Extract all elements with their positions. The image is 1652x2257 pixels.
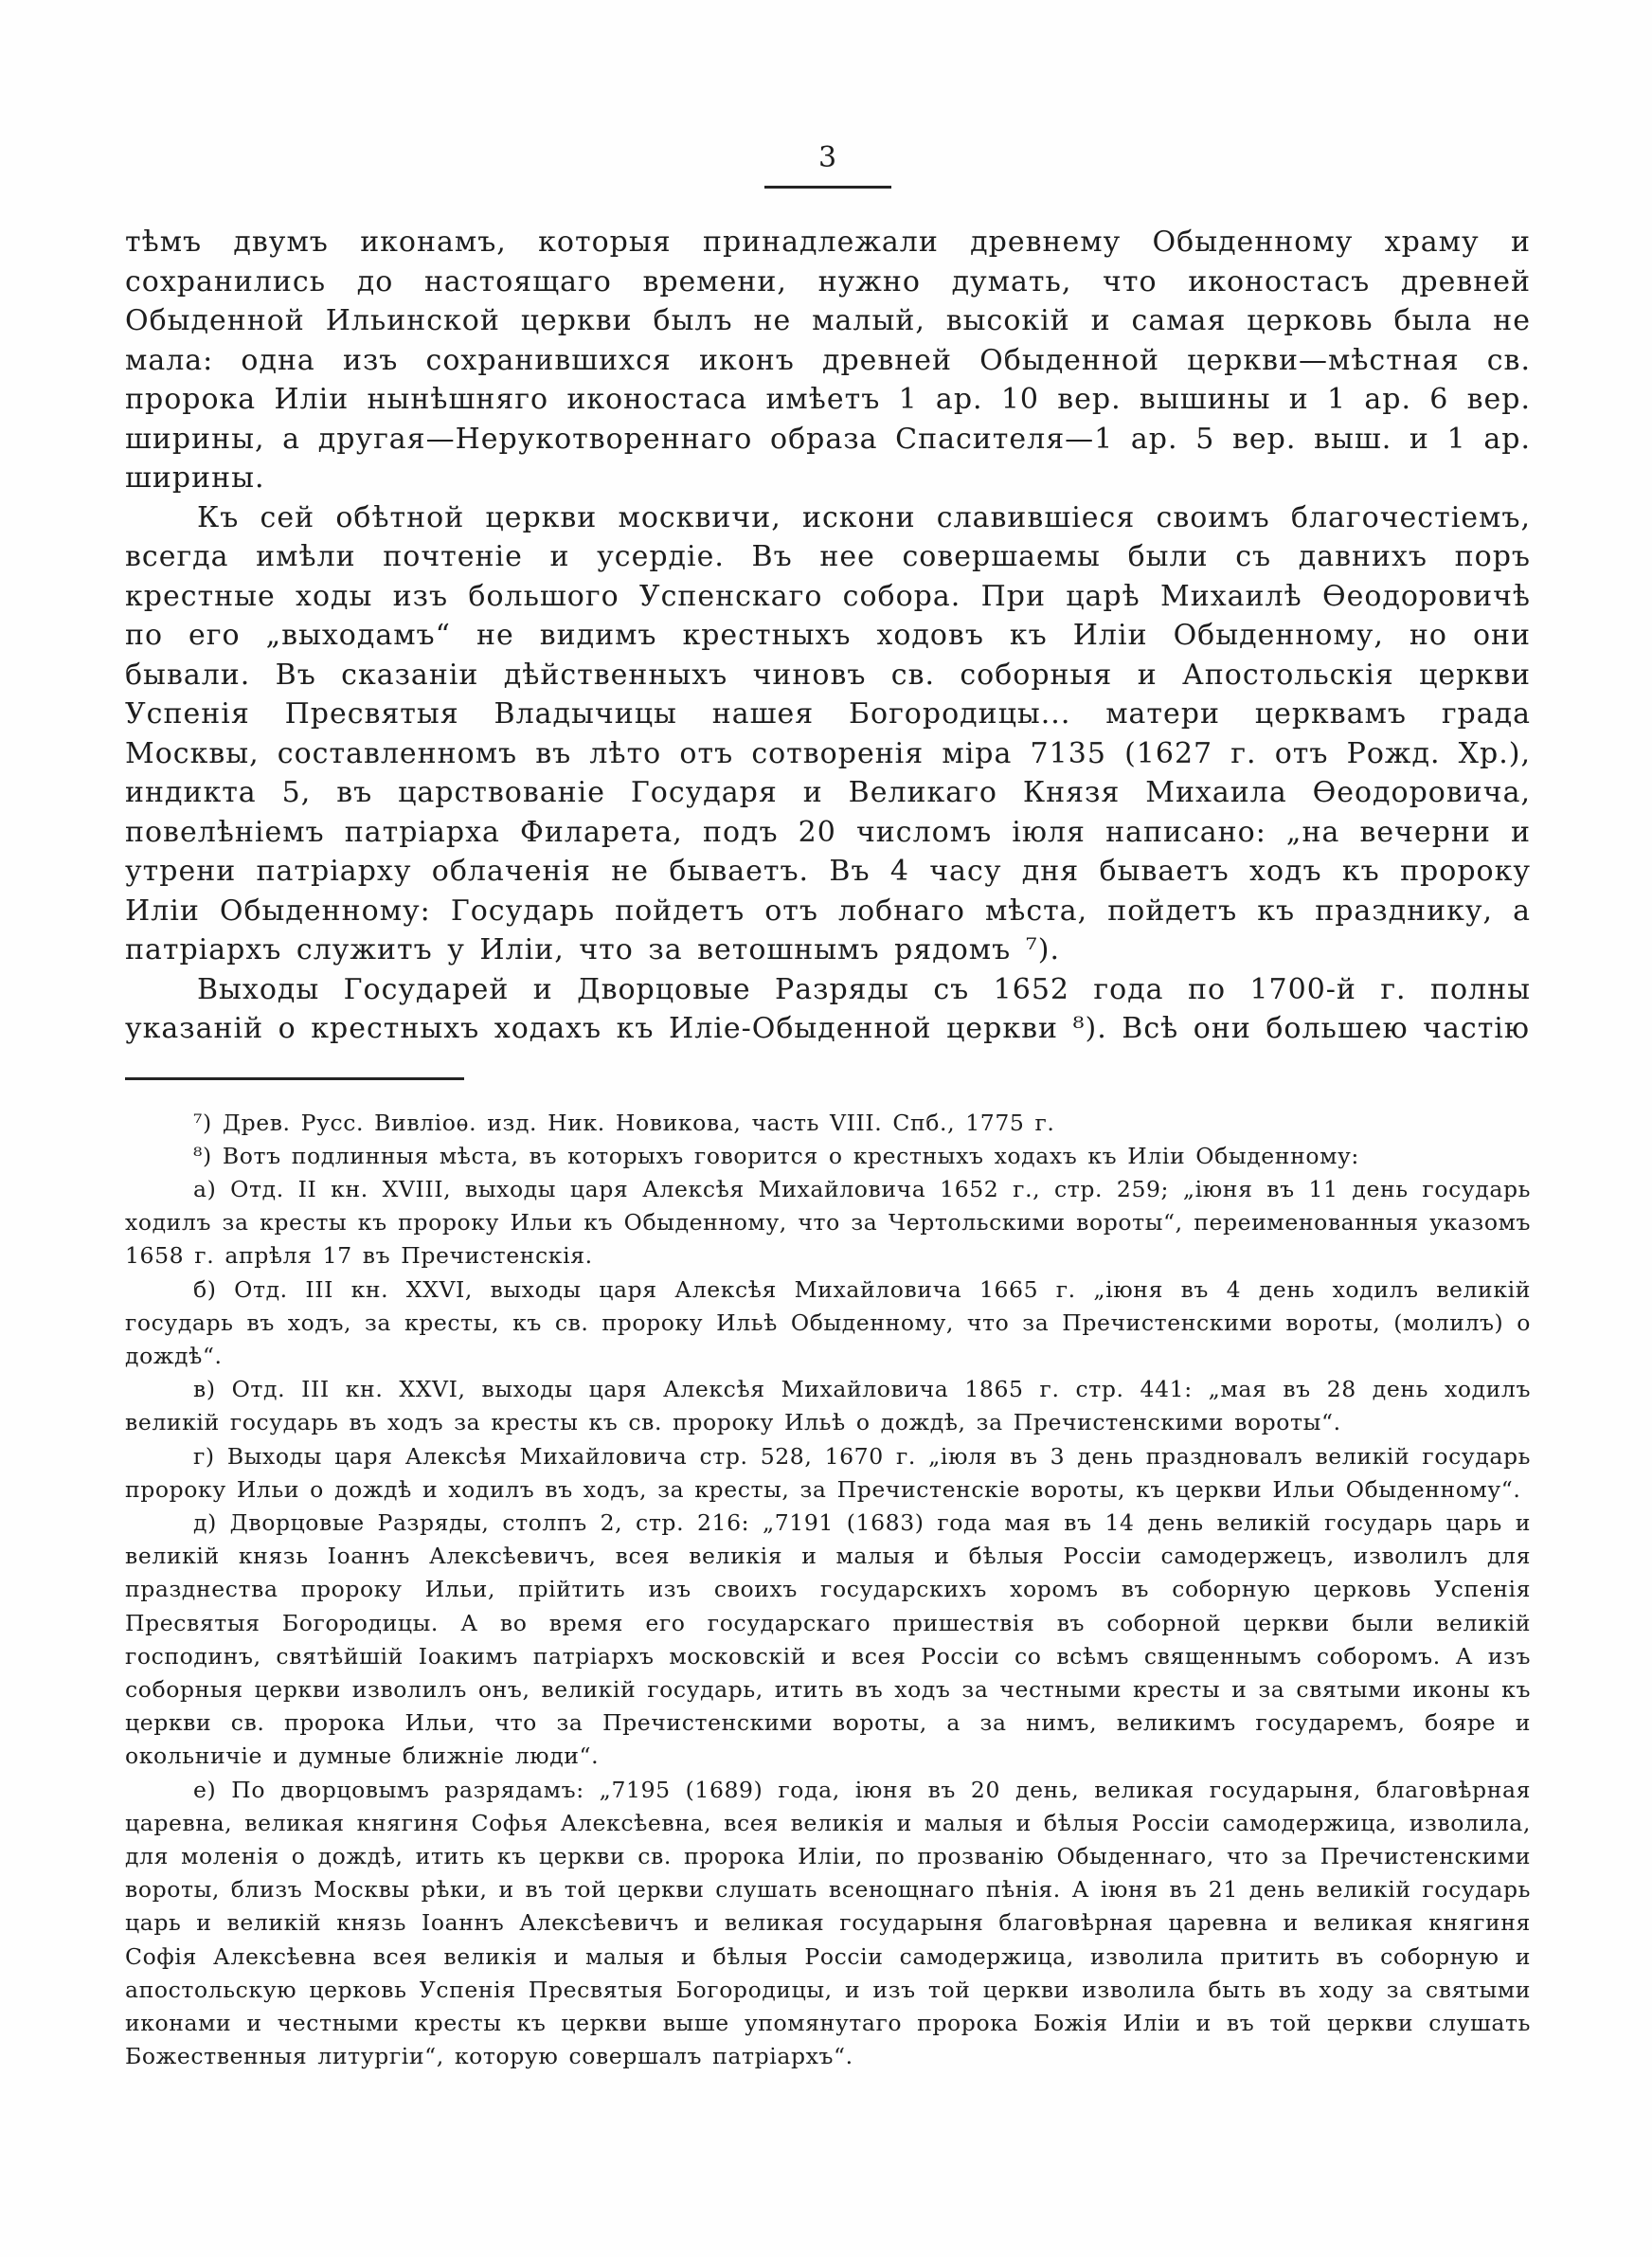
page-header: 3	[125, 142, 1531, 189]
body-paragraph: Къ сей обѣтной церкви москвичи, искони с…	[125, 498, 1531, 970]
footnote-item: е) По дворцовымъ разрядамъ: „7195 (1689)…	[125, 1774, 1531, 2074]
footnote-item: г) Выходы царя Алексѣя Михайловича стр. …	[125, 1440, 1531, 1507]
page-number-rule	[764, 186, 891, 189]
footnote-item: ⁸) Вотъ подлинныя мѣста, въ которыхъ гов…	[125, 1140, 1531, 1173]
scanned-book-page: 3 тѣмъ двумъ иконамъ, которыя принадлежа…	[0, 0, 1652, 2257]
body-text: тѣмъ двумъ иконамъ, которыя принадлежали…	[125, 223, 1531, 1049]
footnote-item: д) Дворцовые Разряды, столпъ 2, стр. 216…	[125, 1507, 1531, 1774]
footnote-item: б) Отд. III кн. XXVI, выходы царя Алексѣ…	[125, 1273, 1531, 1374]
footnote-item: ⁷) Древ. Русс. Вивліоѳ. изд. Ник. Новико…	[125, 1107, 1531, 1140]
footnote-item: в) Отд. III кн. XXVI, выходы царя Алексѣ…	[125, 1373, 1531, 1439]
footnote-separator	[125, 1077, 464, 1080]
body-paragraph: Выходы Государей и Дворцовые Разряды съ …	[125, 970, 1531, 1049]
footnotes-section: ⁷) Древ. Русс. Вивліоѳ. изд. Ник. Новико…	[125, 1107, 1531, 2074]
page-number: 3	[125, 142, 1531, 174]
footnote-item: а) Отд. II кн. XVIII, выходы царя Алексѣ…	[125, 1173, 1531, 1273]
body-paragraph: тѣмъ двумъ иконамъ, которыя принадлежали…	[125, 223, 1531, 498]
